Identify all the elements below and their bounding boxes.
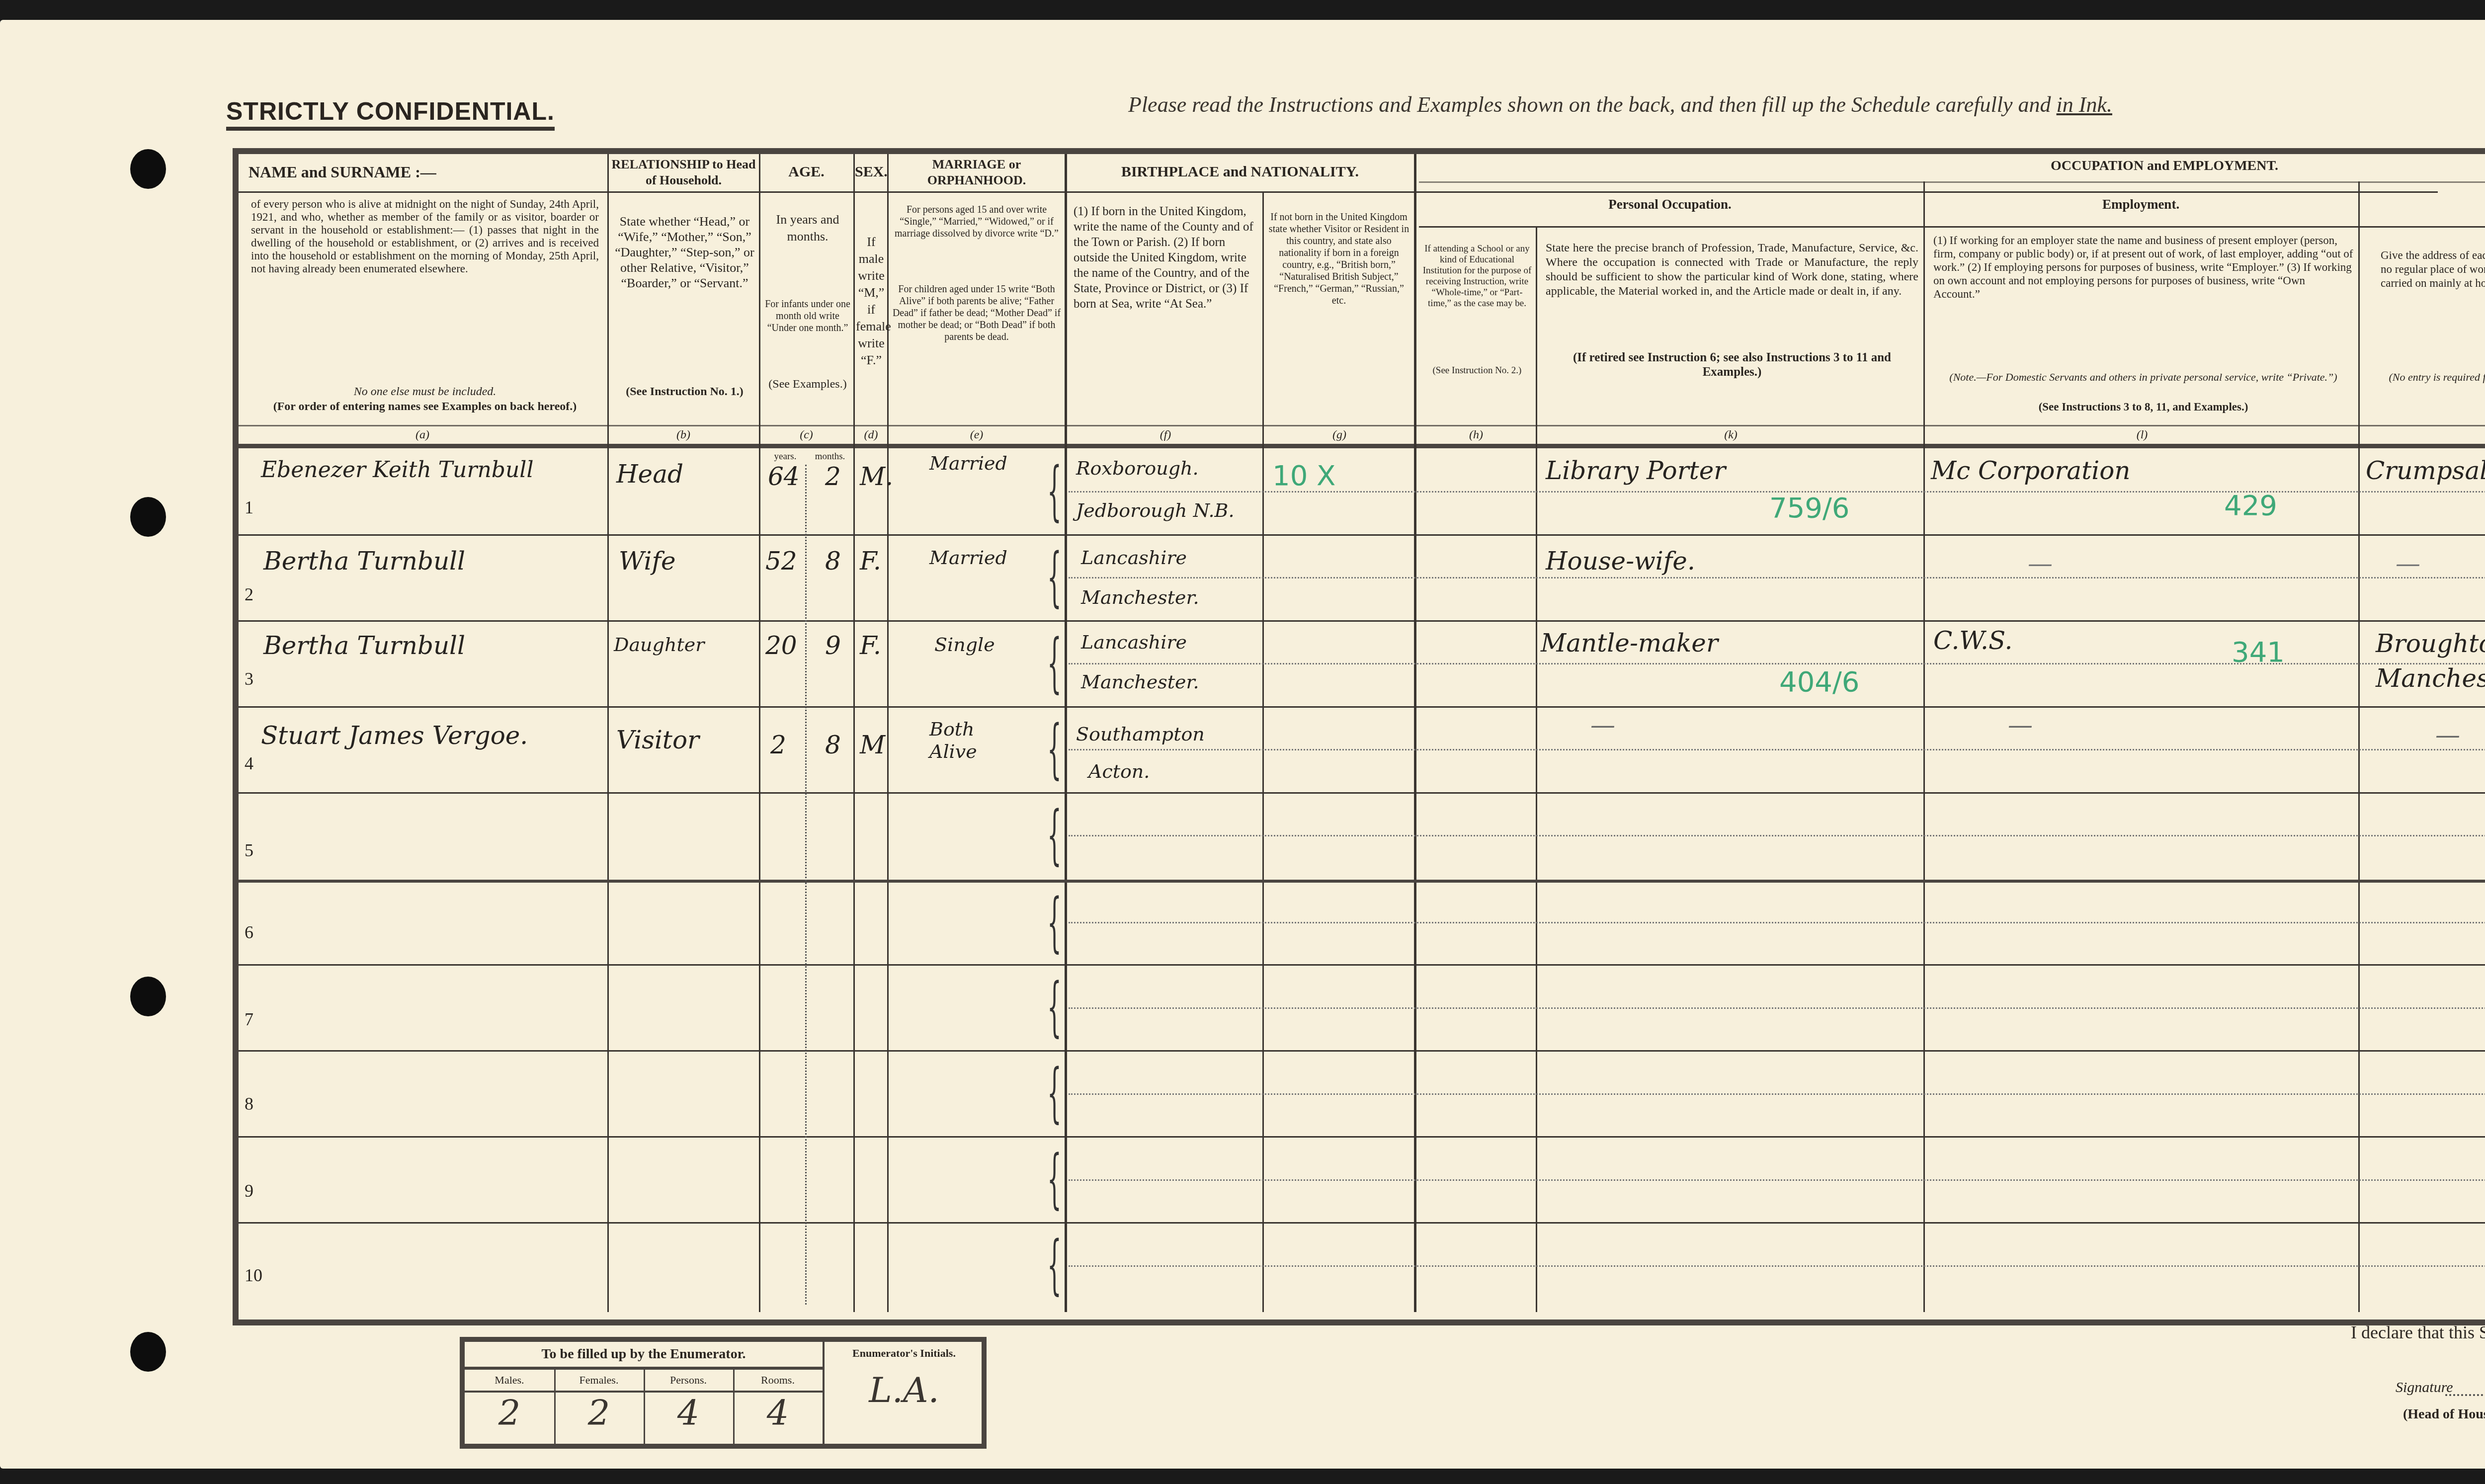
- header-birthplace-g: If not born in the United Kingdom state …: [1266, 211, 1411, 307]
- punch-hole: [130, 1332, 166, 1372]
- col-letter-e: (e): [890, 428, 1064, 442]
- punch-hole: [130, 497, 166, 537]
- header-personal-occupation: Personal Occupation.: [1419, 196, 1921, 212]
- col-divider: [2358, 181, 2360, 1312]
- col-letter-a: (a): [239, 428, 606, 442]
- row-rule: [239, 1050, 2485, 1052]
- instruction-ink: in Ink.: [2057, 92, 2112, 117]
- entry-age-years[interactable]: 64: [768, 462, 800, 491]
- entry-marriage[interactable]: Both Alive: [929, 718, 1004, 763]
- entry-employer[interactable]: —: [2028, 549, 2053, 578]
- employer-code: 341: [2232, 636, 2285, 668]
- brace: {: [1047, 890, 1062, 954]
- mid-row-rule: [1069, 749, 2485, 750]
- entry-birthplace-county[interactable]: Lancashire: [1081, 631, 1187, 653]
- age-divider: [805, 465, 807, 1305]
- header-relationship: RELATIONSHIP to Head of Household.: [610, 157, 757, 188]
- header-sex-body: If male write “M,” if female write “F.”: [856, 234, 887, 369]
- row-rule: [239, 706, 2485, 708]
- header-employment: Employment.: [1926, 196, 2356, 212]
- initials-value[interactable]: L.A.: [825, 1360, 984, 1410]
- col-divider: [607, 154, 609, 1312]
- entry-birthplace-county[interactable]: Southampton: [1076, 723, 1205, 745]
- col-divider: [1414, 154, 1416, 1312]
- header-bottom-rule: [239, 444, 2485, 448]
- header-employment-note: (Note.—For Domestic Servants and others …: [1933, 370, 2353, 384]
- rooms-cell: Rooms.4: [733, 1370, 823, 1444]
- entry-birthplace-town[interactable]: Manchester.: [1081, 586, 1199, 608]
- header-rule: [1419, 181, 2485, 183]
- entry-age-months[interactable]: 9: [825, 631, 841, 660]
- header-name-order: (For order of entering names see Example…: [251, 400, 599, 413]
- entry-workplace[interactable]: Broughton Manchester: [2376, 626, 2485, 696]
- entry-birthplace-town[interactable]: Acton.: [1088, 760, 1150, 782]
- entry-employer[interactable]: Mc Corporation: [1931, 456, 2131, 485]
- entry-birthplace-town[interactable]: Jedborough N.B.: [1076, 499, 1235, 521]
- col-divider: [1536, 226, 1537, 1312]
- entry-relationship[interactable]: Wife: [619, 547, 676, 576]
- row-number: 3: [245, 668, 253, 689]
- entry-occupation[interactable]: —: [1590, 711, 1615, 740]
- entry-marriage[interactable]: Married: [929, 547, 1007, 569]
- header-birthplace-f: (1) If born in the United Kingdom, write…: [1074, 204, 1257, 312]
- entry-relationship[interactable]: Visitor: [616, 726, 699, 754]
- brace: {: [1047, 1146, 1062, 1211]
- entry-relationship[interactable]: Head: [616, 460, 683, 489]
- entry-age-months[interactable]: 2: [825, 462, 841, 491]
- signature-note: (Head of Household, Manager of Establish…: [2403, 1406, 2485, 1422]
- col-divider: [853, 154, 855, 1312]
- row-number: 9: [245, 1180, 253, 1201]
- mid-row-rule: [1069, 1265, 2485, 1267]
- entry-birthplace-county[interactable]: Lancashire: [1081, 547, 1187, 569]
- header-sex: SEX.: [855, 164, 887, 180]
- header-employment-ref: (See Instructions 3 to 8, 11, and Exampl…: [1933, 400, 2353, 413]
- males-label: Males.: [465, 1370, 554, 1393]
- col-letter-f: (f): [1069, 428, 1262, 442]
- declaration-text: I declare that this Schedule is correctl…: [2351, 1322, 2485, 1343]
- header-name-body: of every person who is alive at midnight…: [251, 198, 599, 275]
- punch-hole: [130, 149, 166, 189]
- entry-sex[interactable]: F.: [860, 547, 881, 576]
- row-number: 1: [245, 497, 253, 518]
- persons-cell: Persons.4: [644, 1370, 735, 1444]
- mid-row-rule: [1069, 577, 2485, 578]
- header-place-of-work: Place of Work.: [2361, 196, 2485, 212]
- entry-workplace[interactable]: Crumpsall Library: [2366, 456, 2485, 485]
- row-rule: [239, 792, 2485, 794]
- instruction-line: Please read the Instructions and Example…: [1128, 92, 2112, 117]
- initials-label: Enumerator's Initials.: [825, 1342, 984, 1360]
- header-occupation-h: If attending a School or any kind of Edu…: [1420, 244, 1534, 309]
- entry-age-years[interactable]: 52: [765, 547, 797, 576]
- confidential-title: STRICTLY CONFIDENTIAL.: [226, 97, 555, 131]
- males-cell: Males.2: [465, 1370, 556, 1444]
- col-divider: [759, 154, 760, 1312]
- header-occupation: OCCUPATION and EMPLOYMENT.: [1419, 158, 2485, 174]
- entry-relationship[interactable]: Daughter: [614, 634, 704, 656]
- col-letter-k: (k): [1538, 428, 1923, 442]
- col-letter-l: (l): [1926, 428, 2358, 442]
- brace: {: [1047, 544, 1062, 609]
- row-number: 7: [245, 1009, 253, 1030]
- row-number: 8: [245, 1093, 253, 1114]
- col-letter-d: (d): [855, 428, 887, 442]
- brace: {: [1047, 974, 1062, 1039]
- mid-row-rule: [1069, 922, 2485, 923]
- mid-row-rule: [1069, 1179, 2485, 1181]
- enumerator-box-header: To be filled up by the Enumerator.: [465, 1342, 823, 1370]
- persons-value[interactable]: 4: [644, 1393, 733, 1433]
- initials-cell: Enumerator's Initials. L.A.: [823, 1342, 984, 1444]
- col-letter-c: (c): [760, 428, 852, 442]
- brace: {: [1047, 716, 1062, 781]
- entry-nationality-mark: 10 X: [1272, 460, 1335, 492]
- entry-name[interactable]: Bertha Turnbull: [263, 547, 465, 576]
- header-marriage-body: For persons aged 15 and over write “Sing…: [892, 204, 1061, 240]
- entry-name[interactable]: Ebenezer Keith Turnbull: [261, 457, 533, 483]
- header-subtitle-rule: [1419, 226, 2485, 228]
- occupation-code: 404/6: [1779, 666, 1859, 698]
- entry-sex[interactable]: M.: [860, 462, 893, 491]
- entry-marriage[interactable]: Married: [929, 452, 1007, 474]
- entry-employer[interactable]: C.W.S.: [1933, 626, 2012, 655]
- letter-row-rule: [239, 425, 2485, 426]
- employer-code: 429: [2224, 490, 2277, 522]
- col-divider: [1923, 181, 1925, 1312]
- header-place-note: (No entry is required for any person who…: [2381, 370, 2485, 384]
- brace: {: [1047, 458, 1062, 523]
- entry-age-years[interactable]: 2: [770, 731, 786, 759]
- entry-workplace[interactable]: —: [2396, 549, 2420, 578]
- row-number: 5: [245, 840, 253, 861]
- header-birthplace: BIRTHPLACE and NATIONALITY.: [1069, 164, 1411, 180]
- rooms-label: Rooms.: [733, 1370, 823, 1393]
- mid-row-rule: [1069, 835, 2485, 836]
- females-label: Females.: [554, 1370, 644, 1393]
- header-name: NAME and SURNAME :—: [248, 164, 596, 180]
- entry-age-months[interactable]: 8: [825, 547, 841, 576]
- col-divider: [1262, 191, 1264, 1312]
- entry-occupation[interactable]: Mantle-maker: [1541, 629, 1718, 658]
- header-occupation-h-ref: (See Instruction No. 2.): [1420, 365, 1534, 376]
- females-cell: Females.2: [554, 1370, 645, 1444]
- females-value[interactable]: 2: [554, 1393, 644, 1433]
- punch-hole: [130, 977, 166, 1016]
- row-number: 10: [245, 1265, 262, 1286]
- entry-occupation[interactable]: House-wife.: [1546, 547, 1695, 576]
- header-marriage: MARRIAGE or ORPHANHOOD.: [890, 157, 1064, 188]
- brace: {: [1047, 630, 1062, 695]
- header-employment-l: (1) If working for an employer state the…: [1933, 234, 2353, 301]
- males-value[interactable]: 2: [465, 1393, 554, 1433]
- entry-occupation[interactable]: Library Porter: [1546, 456, 1726, 485]
- entry-sex[interactable]: F.: [860, 631, 881, 660]
- enumerator-box: To be filled up by the Enumerator. Males…: [460, 1337, 987, 1449]
- row-rule: [239, 620, 2485, 622]
- header-relationship-body: State whether “Head,” or “Wife,” “Mother…: [614, 214, 755, 291]
- col-letter-m: (m): [2361, 428, 2485, 442]
- row-number: 6: [245, 922, 253, 943]
- brace: {: [1047, 1060, 1062, 1125]
- entry-name[interactable]: Stuart James Vergoe.: [261, 716, 599, 755]
- col-letter-h: (h): [1416, 428, 1536, 442]
- occupation-code: 759/6: [1769, 492, 1849, 524]
- header-age-infants: For infants under one month old write “U…: [763, 298, 852, 334]
- entry-age-months[interactable]: 8: [825, 731, 841, 759]
- header-title-rule: [239, 191, 2438, 193]
- entry-age-years[interactable]: 20: [765, 631, 797, 660]
- row-rule: [239, 534, 2485, 536]
- row-rule: [239, 964, 2485, 966]
- header-age: AGE.: [760, 164, 852, 180]
- age-months-label: months.: [808, 450, 852, 463]
- col-letter-b: (b): [609, 428, 758, 442]
- entry-birthplace-county[interactable]: Roxborough.: [1076, 457, 1199, 479]
- header-place-body: Give the address of each person's place …: [2381, 248, 2485, 290]
- header-marriage-children: For children aged under 15 write “Both A…: [892, 283, 1061, 343]
- header-age-body: In years and months.: [763, 211, 852, 245]
- age-years-label: years.: [763, 450, 808, 463]
- col-divider: [1065, 154, 1067, 1312]
- entry-name[interactable]: Bertha Turnbull: [263, 631, 465, 660]
- entry-workplace[interactable]: —: [2435, 721, 2460, 749]
- header-name-note: No one else must be included.: [251, 385, 599, 399]
- mid-row-rule: [1069, 1007, 2485, 1009]
- header-relationship-ref: (See Instruction No. 1.): [614, 385, 755, 399]
- entry-sex[interactable]: M: [860, 731, 885, 759]
- rooms-value[interactable]: 4: [733, 1393, 823, 1433]
- entry-birthplace-town[interactable]: Manchester.: [1081, 671, 1199, 693]
- row-rule: [239, 1222, 2485, 1224]
- row-rule-thick: [239, 880, 2485, 883]
- signature-label: Signature: [2396, 1379, 2453, 1396]
- col-letter-g: (g): [1265, 428, 1414, 442]
- entry-marriage[interactable]: Single: [934, 634, 995, 656]
- row-number: 2: [245, 584, 253, 605]
- row-rule: [239, 1136, 2485, 1138]
- row-number: 4: [245, 753, 253, 774]
- brace: {: [1047, 1232, 1062, 1297]
- header-occupation-k-ref: (If retired see Instruction 6; see also …: [1546, 350, 1918, 379]
- instruction-text: Please read the Instructions and Example…: [1128, 92, 2057, 117]
- entry-employer[interactable]: —: [2008, 711, 2033, 740]
- mid-row-rule: [1069, 1093, 2485, 1095]
- persons-label: Persons.: [644, 1370, 733, 1393]
- header-age-ref: (See Examples.): [763, 378, 852, 391]
- header-occupation-k: State here the precise branch of Profess…: [1546, 241, 1918, 299]
- brace: {: [1047, 802, 1062, 867]
